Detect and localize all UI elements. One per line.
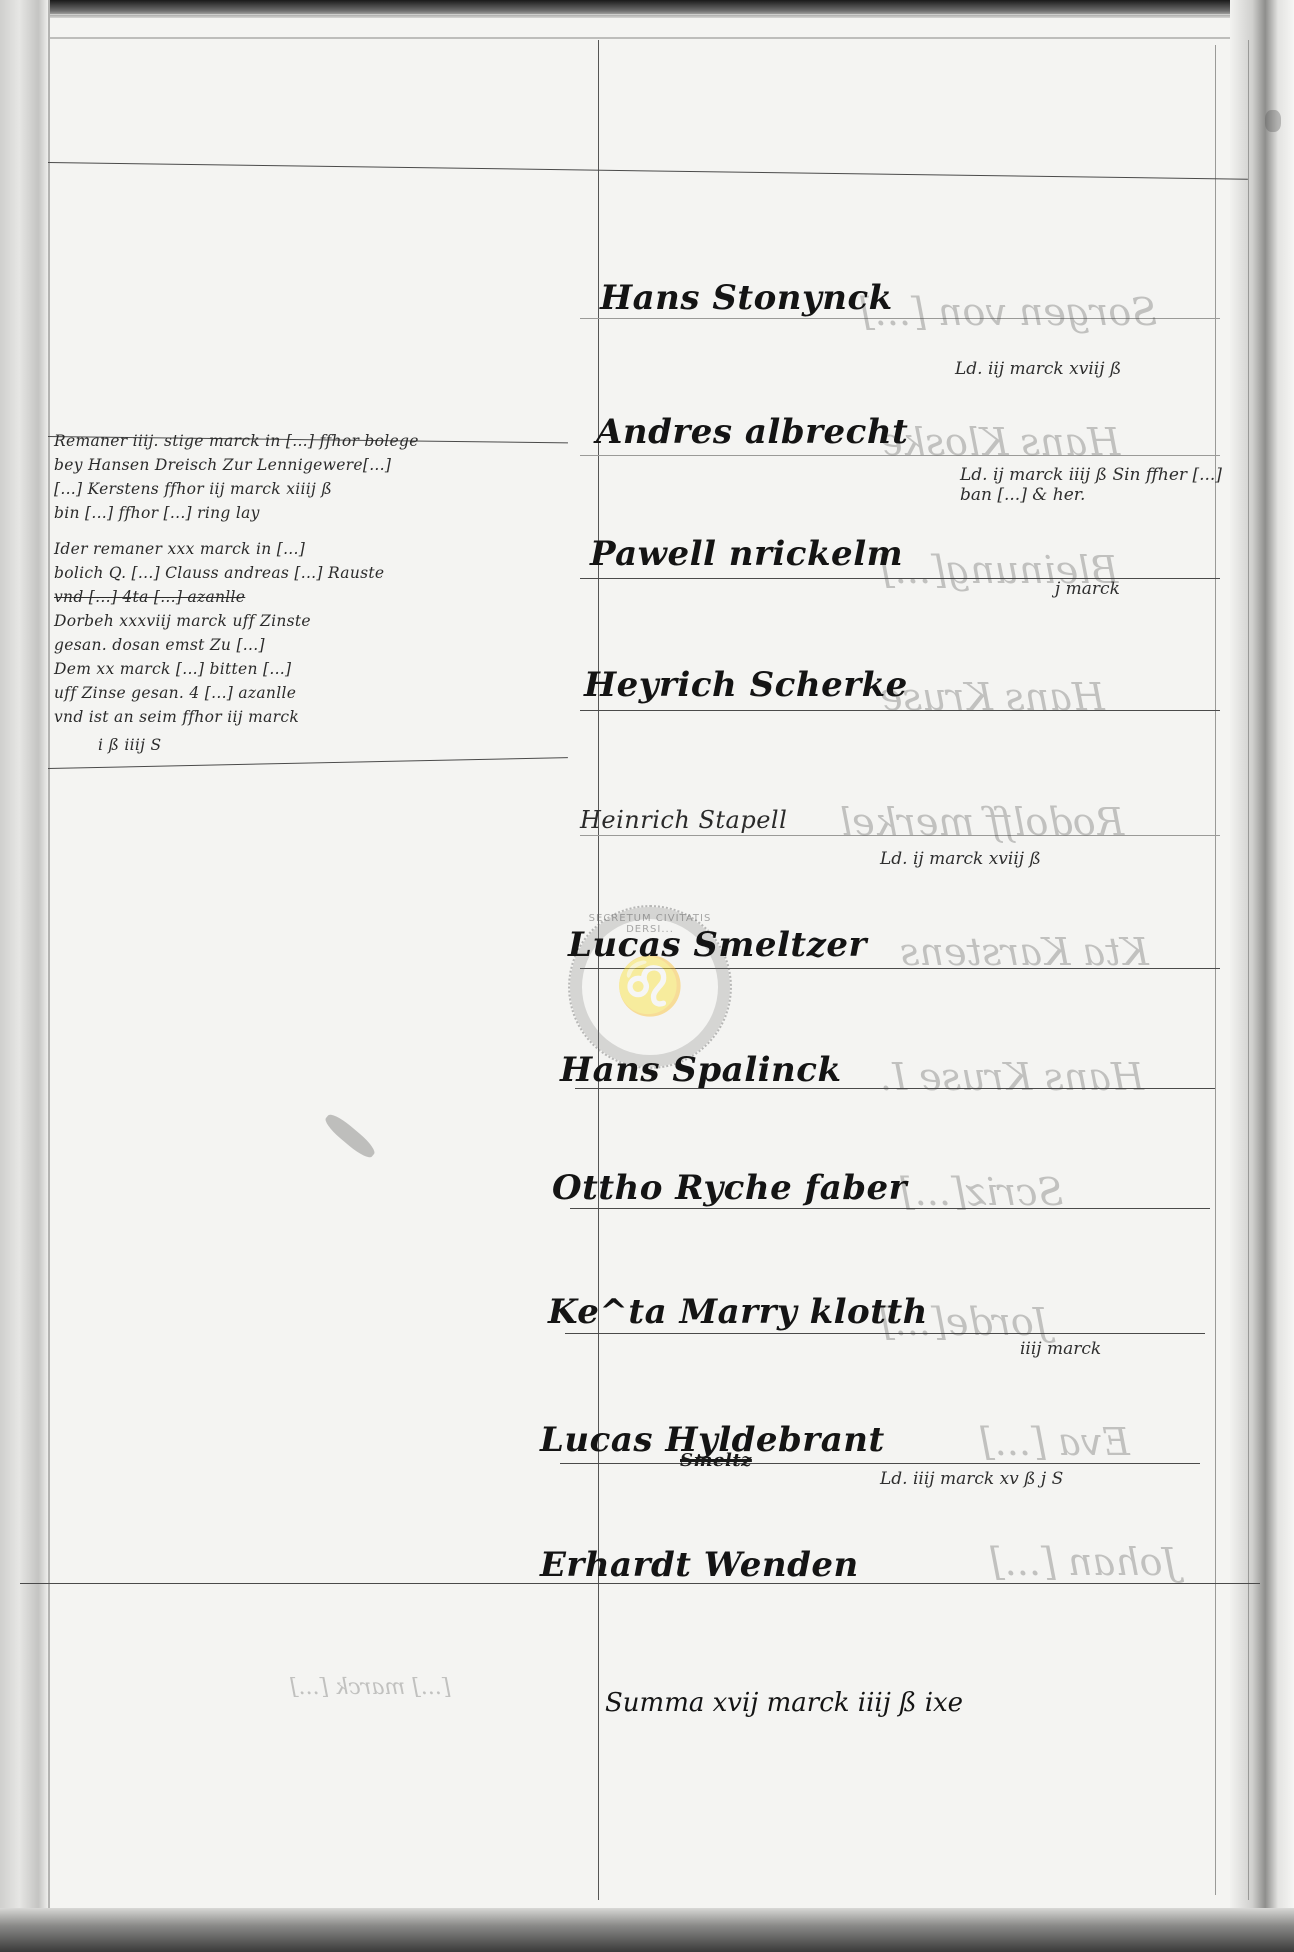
ink-smudge	[1265, 110, 1281, 132]
struck-word: Smeltz	[680, 1450, 752, 1471]
summa-value: xvij marck iiij ß ixe	[713, 1688, 963, 1718]
entry-name: Hans Spalinck	[560, 1050, 842, 1090]
amount-note: Ld. ij marck xviij ß	[880, 850, 1041, 870]
entry-name: Hans Stonynck	[600, 278, 893, 318]
margin-note-line: Dem xx marck [...] bitten [...]	[54, 660, 291, 678]
margin-note-line: [...] Kerstens ffhor iij marck xiiij ß	[54, 480, 332, 498]
margin-note-line: bey Hansen Dreisch Zur Lennigewere[...]	[54, 456, 391, 474]
bleed-through-text: Eva [...]	[980, 1420, 1130, 1464]
left-binding-edge	[0, 0, 50, 1952]
bleed-through-text: Kta Karstens	[900, 930, 1149, 974]
header-rule	[48, 162, 1248, 180]
margin-note-line: bolich Q. [...] Clauss andreas [...] Rau…	[54, 564, 384, 582]
bleed-through-text: Johan [...]	[990, 1540, 1178, 1584]
margin-note-line-struck: vnd [...] 4ta [...] azanlle	[54, 588, 245, 606]
summa-total: Summa xvij marck iiij ß ixe	[605, 1688, 963, 1718]
manuscript-page: Sorgen von [...] Hans Kloske Bleinung[..…	[0, 0, 1294, 1952]
summa-label: Summa	[605, 1688, 704, 1718]
entry-name: Andres albrecht	[596, 412, 908, 452]
entry-name: Heinrich Stapell	[580, 806, 787, 834]
margin-note-line: bin [...] ffhor [...] ring lay	[54, 504, 260, 522]
entry-name: Ottho Ryche faber	[552, 1168, 907, 1208]
entry-name: Heyrich Scherke	[584, 665, 908, 705]
column-rule-right	[1215, 45, 1216, 1895]
entry-rule	[570, 1208, 1210, 1209]
bleed-through-text: Sorgen von [...]	[860, 290, 1157, 334]
entry-name: Ke^ta Marry klotth	[548, 1292, 928, 1332]
ink-smudge	[322, 1111, 378, 1162]
bleed-through-text: Scriz[...]	[900, 1170, 1064, 1214]
bleed-through-text: Hans Kruse I.	[880, 1055, 1144, 1099]
margin-note-line: Remaner iiij. stige marck in [...] ffhor…	[54, 432, 419, 450]
margin-note-line: Ider remaner xxx marck in [...]	[54, 540, 305, 558]
margin-note-line: vnd ist an seim ffhor iij marck	[54, 708, 299, 726]
margin-note-bottom-rule	[48, 757, 568, 769]
margin-note: Remaner iiij. stige marck in [...] ffhor…	[48, 436, 568, 804]
margin-note-line: uff Zinse gesan. 4 [...] azanlle	[54, 684, 296, 702]
bleed-through-text: [...] marck [...]	[290, 1675, 450, 1700]
entry-name: Lucas Smeltzer	[568, 925, 867, 965]
right-page-edge	[1230, 0, 1294, 1952]
bleed-through-text: Rodolff merkel	[840, 800, 1124, 844]
margin-note-line: i ß iiij S	[98, 736, 161, 754]
page-top-fold	[40, 14, 1270, 39]
amount-note: iiij marck	[1020, 1340, 1101, 1360]
entry-name: Pawell nrickelm	[590, 534, 903, 574]
amount-note: Ld. ij marck iiij ß Sin ffher [...] ban …	[960, 466, 1250, 505]
page-edge-rule	[1248, 40, 1249, 1900]
amount-note: Ld. iij marck xviij ß	[955, 360, 1121, 380]
margin-note-line: Dorbeh xxxviij marck uff Zinste	[54, 612, 311, 630]
bleed-through-text: Hans Kruse	[880, 675, 1105, 719]
amount-note: Ld. iiij marck xv ß j S	[880, 1470, 1180, 1490]
entry-name: Erhardt Wenden	[540, 1545, 859, 1585]
margin-note-line: gesan. dosan emst Zu [...]	[54, 636, 265, 654]
amount-note: j marck	[1055, 580, 1120, 600]
page-bottom-edge	[0, 1908, 1294, 1952]
bleed-through-text: Hans Kloske	[880, 420, 1120, 464]
